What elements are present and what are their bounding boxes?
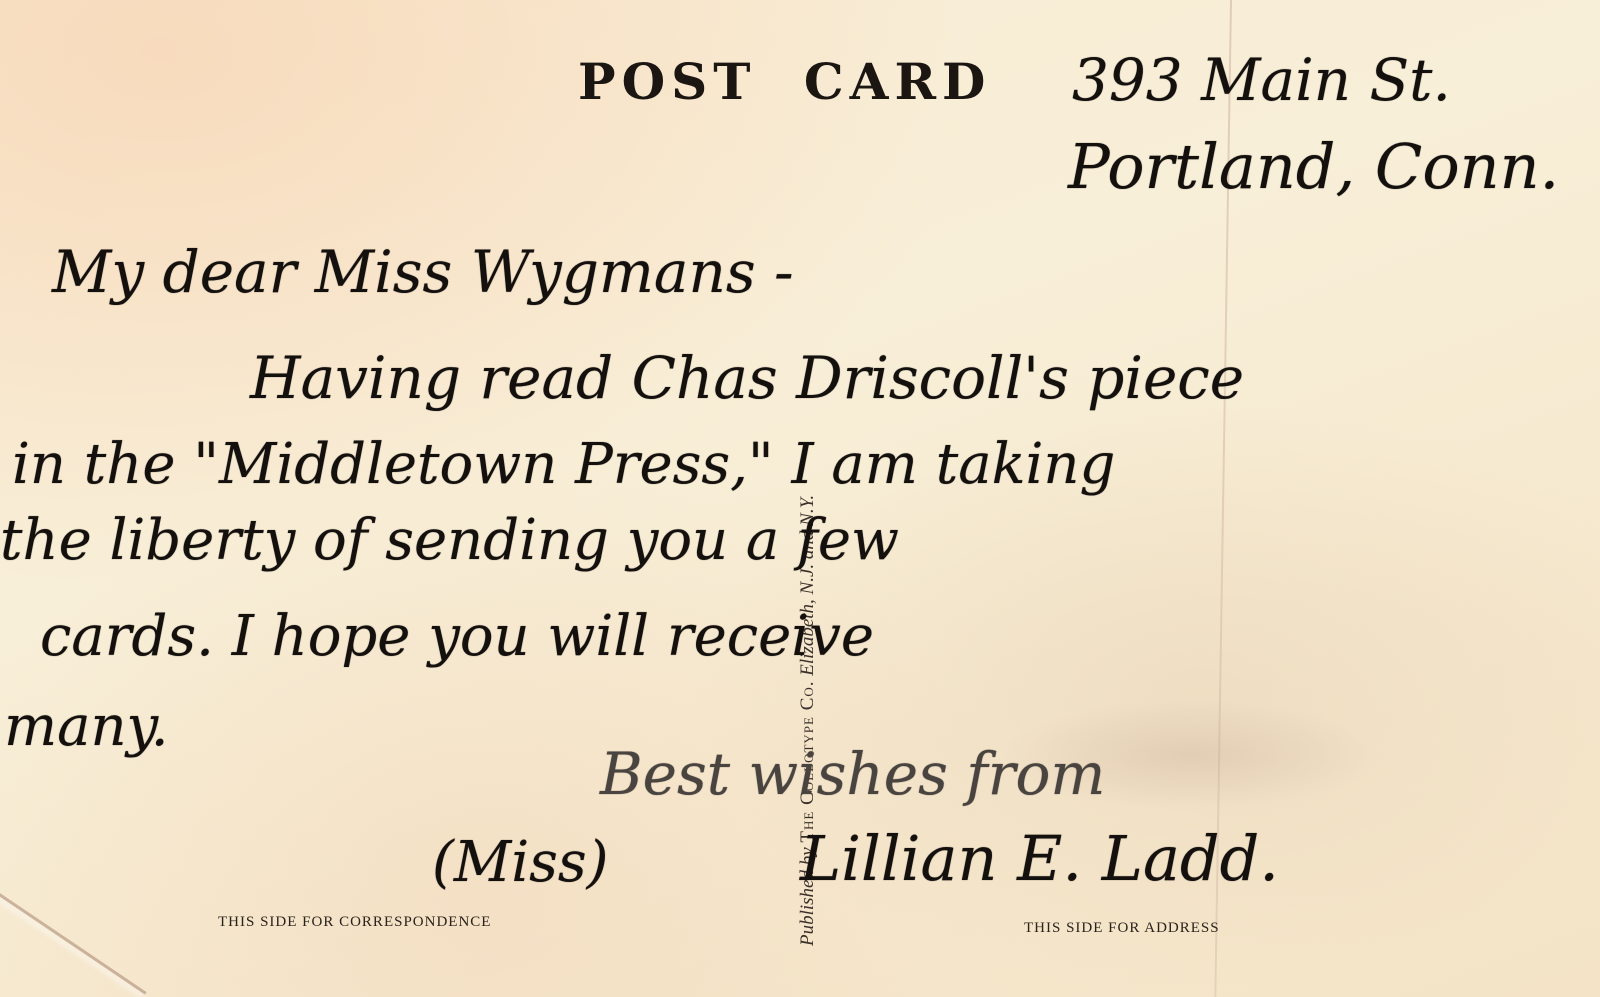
address-label: THIS SIDE FOR ADDRESS — [1024, 920, 1220, 937]
signature-title: (Miss) — [432, 830, 608, 895]
postcard-header: POST CARD — [578, 52, 991, 111]
postcard-back: POST CARD Published by The Collotype Co.… — [0, 0, 1600, 997]
message-line: Having read Chas Driscoll's piece — [250, 344, 1244, 412]
address-city: Portland, Conn. — [1068, 130, 1559, 203]
message-line: cards. I hope you will receive — [40, 604, 874, 669]
correspondence-label: THIS SIDE FOR CORRESPONDENCE — [218, 914, 491, 931]
message-line: in the "Middletown Press," I am taking — [12, 432, 1115, 497]
message-line: the liberty of sending you a few — [0, 508, 899, 573]
message-line: many. — [4, 694, 169, 759]
address-street: 393 Main St. — [1072, 46, 1451, 114]
message-closing: Best wishes from — [600, 740, 1105, 808]
signature: Lillian E. Ladd. — [800, 822, 1279, 895]
message-salutation: My dear Miss Wygmans - — [52, 238, 794, 306]
paper-crease — [0, 880, 147, 994]
